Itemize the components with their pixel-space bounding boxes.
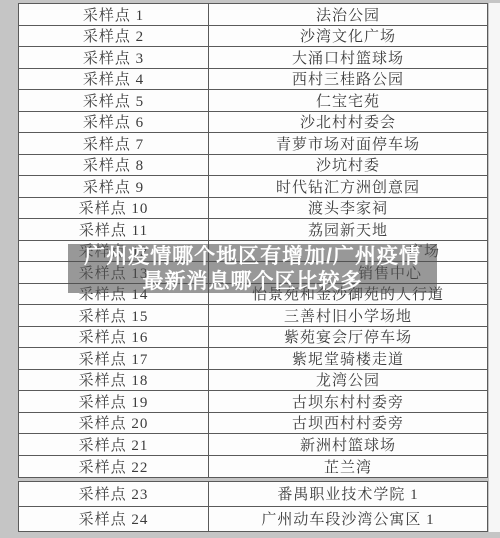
sampling-point-cell: 采样点 24 <box>19 507 209 532</box>
location-cell: 芷兰湾 <box>209 456 487 478</box>
location-cell: 沙湾文化广场 <box>209 26 487 47</box>
location-cell: 时代钻汇方洲创意园 <box>209 176 487 197</box>
location-cell: 新洲村篮球场 <box>209 434 487 455</box>
location-cell: 大涌口村篮球场 <box>209 47 487 68</box>
table-row: 采样点 17紫坭堂骑楼走道 <box>19 348 487 370</box>
sampling-point-cell: 采样点 5 <box>19 90 209 111</box>
location-cell: 龙湾公园 <box>209 370 487 391</box>
location-cell: 三善村旧小学场地 <box>209 305 487 326</box>
table-row: 采样点 16紫苑宴会厅停车场 <box>19 327 487 349</box>
sampling-point-cell: 采样点 19 <box>19 391 209 412</box>
table-row: 采样点 19古坝东村村委旁 <box>19 391 487 413</box>
sampling-point-cell: 采样点 1 <box>19 4 209 25</box>
table-row: 采样点 15三善村旧小学场地 <box>19 305 487 327</box>
sampling-point-cell: 采样点 23 <box>19 482 209 506</box>
location-cell: 紫苑宴会厅停车场 <box>209 327 487 348</box>
right-margin <box>489 3 500 532</box>
sampling-point-cell: 采样点 3 <box>19 47 209 68</box>
table-section-bottom: 采样点 23番禺职业技术学院 1采样点 24广州动车段沙湾公寓区 1 <box>18 481 488 532</box>
table-row: 采样点 3大涌口村篮球场 <box>19 47 487 69</box>
location-cell: 渡头李家祠 <box>209 198 487 219</box>
location-cell: 沙坑村委 <box>209 155 487 176</box>
sampling-point-cell: 采样点 10 <box>19 198 209 219</box>
sampling-point-cell: 采样点 11 <box>19 219 209 240</box>
sampling-point-cell: 采样点 8 <box>19 155 209 176</box>
location-cell: 西村三桂路公园 <box>209 69 487 90</box>
overlay-title-line2: 最新消息哪个区比较多 <box>143 269 363 294</box>
table-row: 采样点 23番禺职业技术学院 1 <box>19 482 487 507</box>
sampling-point-cell: 采样点 17 <box>19 348 209 369</box>
table-row: 采样点 8沙坑村委 <box>19 155 487 177</box>
location-cell: 广州动车段沙湾公寓区 1 <box>209 507 487 532</box>
screenshot-root: 采样点 1法治公园采样点 2沙湾文化广场采样点 3大涌口村篮球场采样点 4西村三… <box>0 0 500 538</box>
sampling-point-cell: 采样点 21 <box>19 434 209 455</box>
table-row: 采样点 20古坝西村村委旁 <box>19 413 487 435</box>
sampling-point-cell: 采样点 4 <box>19 69 209 90</box>
table-row: 采样点 21新洲村篮球场 <box>19 434 487 456</box>
location-cell: 古坝东村村委旁 <box>209 391 487 412</box>
sampling-point-cell: 采样点 16 <box>19 327 209 348</box>
location-cell: 仁宝宅苑 <box>209 90 487 111</box>
watermark-overlay: 广州疫情哪个地区有增加/广州疫情 最新消息哪个区比较多 <box>68 244 437 293</box>
table-row: 采样点 6沙北村村委会 <box>19 112 487 134</box>
sampling-point-cell: 采样点 18 <box>19 370 209 391</box>
location-cell: 古坝西村村委旁 <box>209 413 487 434</box>
location-cell: 青萝市场对面停车场 <box>209 133 487 154</box>
location-cell: 番禺职业技术学院 1 <box>209 482 487 506</box>
table-row: 采样点 5仁宝宅苑 <box>19 90 487 112</box>
table-section-top: 采样点 1法治公园采样点 2沙湾文化广场采样点 3大涌口村篮球场采样点 4西村三… <box>18 3 488 478</box>
table-row: 采样点 11荔园新天地 <box>19 219 487 241</box>
location-cell: 紫坭堂骑楼走道 <box>209 348 487 369</box>
sampling-point-cell: 采样点 2 <box>19 26 209 47</box>
table-row: 采样点 2沙湾文化广场 <box>19 26 487 48</box>
table-row: 采样点 10渡头李家祠 <box>19 198 487 220</box>
location-cell: 沙北村村委会 <box>209 112 487 133</box>
table-row: 采样点 4西村三桂路公园 <box>19 69 487 91</box>
table-row: 采样点 22芷兰湾 <box>19 456 487 478</box>
location-cell: 荔园新天地 <box>209 219 487 240</box>
location-cell: 法治公园 <box>209 4 487 25</box>
overlay-title-line1: 广州疫情哪个地区有增加/广州疫情 <box>84 244 421 269</box>
sampling-point-cell: 采样点 15 <box>19 305 209 326</box>
table-row: 采样点 1法治公园 <box>19 4 487 26</box>
table-row: 采样点 9时代钻汇方洲创意园 <box>19 176 487 198</box>
sampling-point-cell: 采样点 7 <box>19 133 209 154</box>
table-row: 采样点 24广州动车段沙湾公寓区 1 <box>19 507 487 532</box>
sampling-point-cell: 采样点 22 <box>19 456 209 478</box>
table-row: 采样点 7青萝市场对面停车场 <box>19 133 487 155</box>
table-row: 采样点 18龙湾公园 <box>19 370 487 392</box>
sampling-point-cell: 采样点 9 <box>19 176 209 197</box>
sampling-point-cell: 采样点 6 <box>19 112 209 133</box>
sampling-point-cell: 采样点 20 <box>19 413 209 434</box>
